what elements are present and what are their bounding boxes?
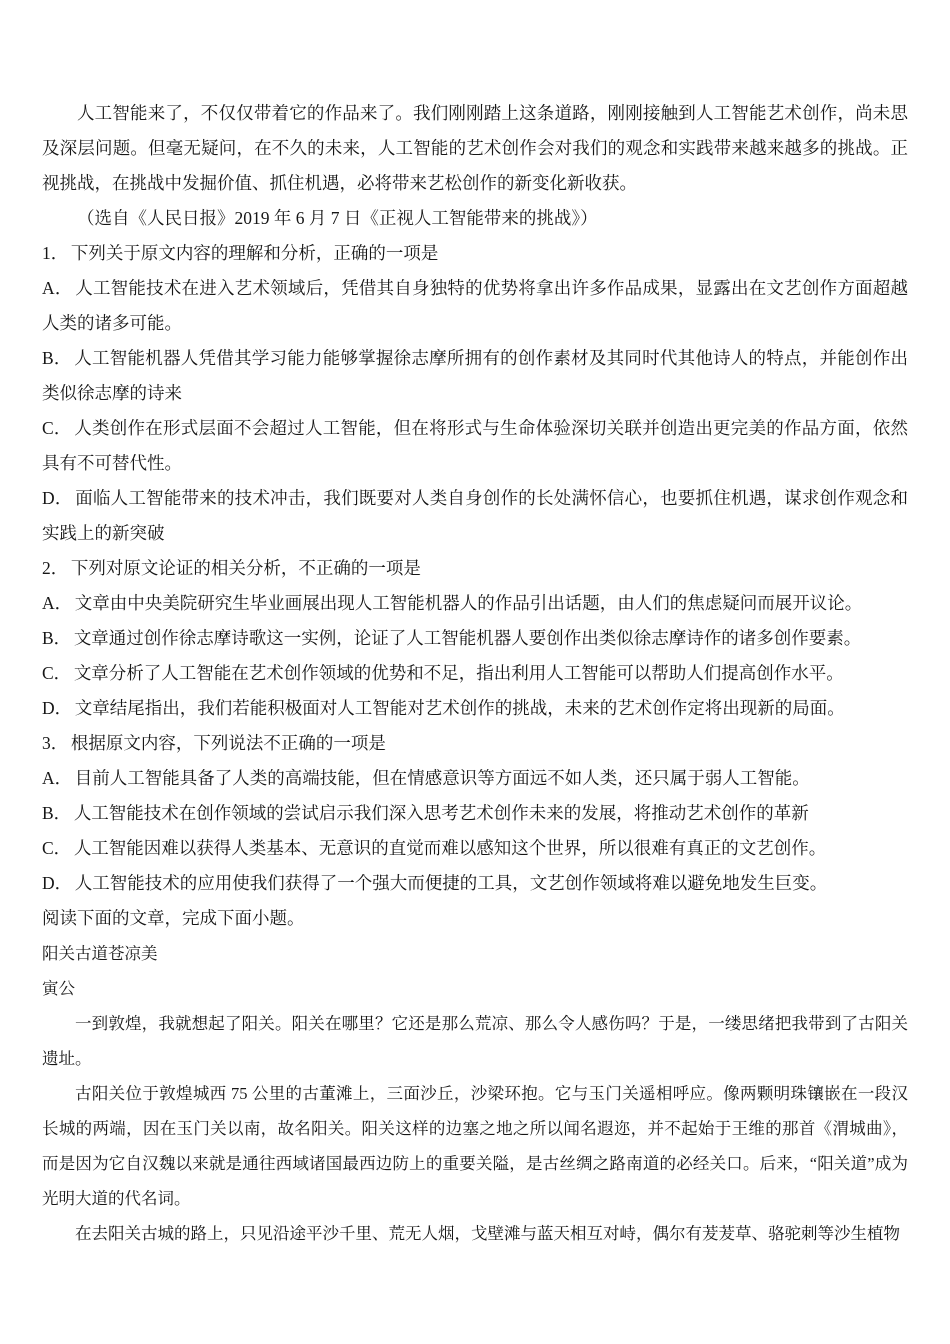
- question-2-option-d: D．文章结尾指出，我们若能积极面对人工智能对艺术创作的挑战，未来的艺术创作定将出…: [42, 691, 908, 726]
- essay-paragraph-1: 一到敦煌，我就想起了阳关。阳关在哪里？它还是那么荒凉、那么令人感伤吗？于是，一缕…: [42, 1006, 908, 1076]
- reading-prompt: 阅读下面的文章，完成下面小题。: [42, 901, 908, 936]
- question-1-number: 1．: [42, 243, 71, 263]
- option-b-label: B．: [42, 348, 74, 368]
- essay-title: 阳关古道苍凉美: [42, 936, 908, 971]
- question-2-number: 2．: [42, 558, 71, 578]
- question-3-option-d: D．人工智能技术的应用使我们获得了一个强大而便捷的工具，文艺创作领域将难以避免地…: [42, 866, 908, 901]
- option-a-text: 目前人工智能具备了人类的高端技能，但在情感意识等方面远不如人类，还只属于弱人工智…: [75, 768, 810, 788]
- option-d-text: 面临人工智能带来的技术冲击，我们既要对人类自身创作的长处满怀信心，也要抓住机遇，…: [42, 488, 908, 543]
- question-2-option-c: C．文章分析了人工智能在艺术创作领域的优势和不足，指出利用人工智能可以帮助人们提…: [42, 656, 908, 691]
- question-3-option-c: C．人工智能因难以获得人类基本、无意识的直觉而难以感知这个世界，所以很难有真正的…: [42, 831, 908, 866]
- option-d-text: 文章结尾指出，我们若能积极面对人工智能对艺术创作的挑战，未来的艺术创作定将出现新…: [75, 698, 845, 718]
- exam-page: 人工智能来了，不仅仅带着它的作品来了。我们刚刚踏上这条道路，刚刚接触到人工智能艺…: [0, 0, 950, 1344]
- option-d-label: D．: [42, 488, 75, 508]
- question-3-stem: 3．根据原文内容，下列说法不正确的一项是: [42, 726, 908, 761]
- option-d-label: D．: [42, 698, 75, 718]
- option-b-text: 文章通过创作徐志摩诗歌这一实例，论证了人工智能机器人要创作出类似徐志摩诗作的诸多…: [74, 628, 862, 648]
- option-d-text: 人工智能技术的应用使我们获得了一个强大而便捷的工具，文艺创作领域将难以避免地发生…: [75, 873, 828, 893]
- essay-author: 寅公: [42, 971, 908, 1006]
- question-2-option-b: B．文章通过创作徐志摩诗歌这一实例，论证了人工智能机器人要创作出类似徐志摩诗作的…: [42, 621, 908, 656]
- option-a-text: 文章由中央美院研究生毕业画展出现人工智能机器人的作品引出话题，由人们的焦虑疑问而…: [75, 593, 863, 613]
- option-c-label: C．: [42, 418, 74, 438]
- question-3-option-a: A．目前人工智能具备了人类的高端技能，但在情感意识等方面远不如人类，还只属于弱人…: [42, 761, 908, 796]
- source-line: （选自《人民日报》2019 年 6 月 7 日《正视人工智能带来的挑战》）: [42, 201, 908, 236]
- intro-paragraph: 人工智能来了，不仅仅带着它的作品来了。我们刚刚踏上这条道路，刚刚接触到人工智能艺…: [42, 96, 908, 201]
- question-2-stem-text: 下列对原文论证的相关分析，不正确的一项是: [71, 558, 421, 578]
- option-c-text: 人工智能因难以获得人类基本、无意识的直觉而难以感知这个世界，所以很难有真正的文艺…: [74, 838, 827, 858]
- option-a-text: 人工智能技术在进入艺术领域后，凭借其自身独特的优势将拿出许多作品成果，显露出在文…: [42, 278, 908, 333]
- essay-paragraph-2: 古阳关位于敦煌城西 75 公里的古董滩上，三面沙丘，沙梁环抱。它与玉门关遥相呼应…: [42, 1076, 908, 1216]
- question-2-option-a: A．文章由中央美院研究生毕业画展出现人工智能机器人的作品引出话题，由人们的焦虑疑…: [42, 586, 908, 621]
- question-1-stem: 1．下列关于原文内容的理解和分析，正确的一项是: [42, 236, 908, 271]
- essay-paragraph-3: 在去阳关古城的路上，只见沿途平沙千里、荒无人烟，戈壁滩与蓝天相互对峙，偶尔有茇茇…: [42, 1216, 908, 1251]
- option-b-text: 人工智能技术在创作领域的尝试启示我们深入思考艺术创作未来的发展，将推动艺术创作的…: [74, 803, 809, 823]
- question-1-option-d: D．面临人工智能带来的技术冲击，我们既要对人类自身创作的长处满怀信心，也要抓住机…: [42, 481, 908, 551]
- question-3-option-b: B．人工智能技术在创作领域的尝试启示我们深入思考艺术创作未来的发展，将推动艺术创…: [42, 796, 908, 831]
- option-b-label: B．: [42, 803, 74, 823]
- option-c-label: C．: [42, 838, 74, 858]
- option-b-label: B．: [42, 628, 74, 648]
- question-3-number: 3．: [42, 733, 71, 753]
- option-a-label: A．: [42, 593, 75, 613]
- question-1-stem-text: 下列关于原文内容的理解和分析，正确的一项是: [71, 243, 439, 263]
- question-1-option-a: A．人工智能技术在进入艺术领域后，凭借其自身独特的优势将拿出许多作品成果，显露出…: [42, 271, 908, 341]
- question-1-option-c: C．人类创作在形式层面不会超过人工智能，但在将形式与生命体验深切关联并创造出更完…: [42, 411, 908, 481]
- option-c-label: C．: [42, 663, 74, 683]
- option-c-text: 人类创作在形式层面不会超过人工智能，但在将形式与生命体验深切关联并创造出更完美的…: [42, 418, 908, 473]
- option-d-label: D．: [42, 873, 75, 893]
- question-3-stem-text: 根据原文内容，下列说法不正确的一项是: [71, 733, 386, 753]
- option-c-text: 文章分析了人工智能在艺术创作领域的优势和不足，指出利用人工智能可以帮助人们提高创…: [74, 663, 844, 683]
- question-2-stem: 2．下列对原文论证的相关分析，不正确的一项是: [42, 551, 908, 586]
- option-b-text: 人工智能机器人凭借其学习能力能够掌握徐志摩所拥有的创作素材及其同时代其他诗人的特…: [42, 348, 908, 403]
- option-a-label: A．: [42, 278, 75, 298]
- exam-content: 人工智能来了，不仅仅带着它的作品来了。我们刚刚踏上这条道路，刚刚接触到人工智能艺…: [0, 0, 950, 1251]
- question-1-option-b: B．人工智能机器人凭借其学习能力能够掌握徐志摩所拥有的创作素材及其同时代其他诗人…: [42, 341, 908, 411]
- option-a-label: A．: [42, 768, 75, 788]
